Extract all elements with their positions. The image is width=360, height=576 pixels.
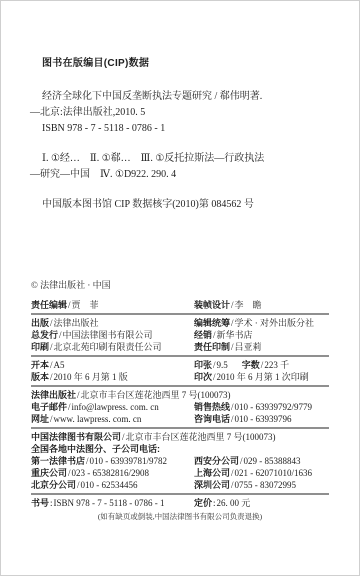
distribution-row: 总发行/中国法律图书有限公司 经销/新华书店	[31, 329, 329, 341]
designer-value: 李 瞻	[235, 300, 262, 310]
website-value: www. lawpress. com. cn	[54, 414, 142, 424]
chongqing-branch-value: 023 - 65382816/2908	[72, 468, 150, 478]
format-value: A5	[54, 360, 65, 370]
field-printer: 印刷/北京北苑印刷有限责任公司	[31, 341, 194, 353]
website-label: 网址	[31, 414, 49, 424]
shenzhen-branch-label: 深圳公司	[194, 480, 230, 490]
field-beijing-branch: 北京分公司/010 - 62534456	[31, 479, 194, 491]
price-label: 定价	[194, 498, 212, 508]
cip-block: 图书在版编目(CIP)数据 经济全球化下中国反垄断执法专题研究 / 郗伟明著. …	[30, 56, 334, 213]
field-company-address: 中国法律图书有限公司/北京市丰台区莲花池西里 7 号(100073)	[31, 431, 276, 443]
field-designer: 装帧设计/李 瞻	[194, 299, 329, 311]
email-value: info@lawpress. com. cn	[72, 402, 159, 412]
branches-heading: 全国各地中法图分、子公司电话:	[31, 443, 160, 455]
field-inquiry-phone: 咨询电话/010 - 63939796	[194, 413, 329, 425]
field-sales-hotline: 销售热线/010 - 63939792/9779	[194, 401, 329, 413]
colophon-block: © 法律出版社 · 中国 责任编辑/贾 菲 装帧设计/李 瞻 出版/法律出版社 …	[31, 279, 329, 522]
designer-label: 装帧设计	[194, 300, 230, 310]
field-xian-branch: 西安分公司/029 - 85388843	[194, 455, 329, 467]
distributor-label: 总发行	[31, 330, 58, 340]
shanghai-branch-value: 021 - 62071010/1636	[235, 468, 313, 478]
wordcount-label: 字数	[242, 360, 260, 370]
printer-label: 印刷	[31, 342, 49, 352]
staff-row: 责任编辑/贾 菲 装帧设计/李 瞻	[31, 299, 329, 311]
price-value: 26. 00 元	[217, 498, 251, 508]
cip-heading: 图书在版编目(CIP)数据	[30, 56, 334, 72]
impression-label: 印次	[194, 372, 212, 382]
book-number-label: 书号	[31, 498, 49, 508]
coordinator-value: 学术 · 对外出版分社	[235, 318, 315, 328]
cip-classification-line-1: Ⅰ. ①经… Ⅱ. ①郗… Ⅲ. ①反托拉斯法—行政执法	[30, 151, 334, 167]
field-email: 电子邮件/info@lawpress. com. cn	[31, 401, 194, 413]
print-supervisor-value: 吕亚莉	[235, 342, 262, 352]
field-sheets: 印张/9.5	[194, 360, 228, 370]
hotline-value: 010 - 63939792/9779	[235, 402, 313, 412]
chongqing-branch-label: 重庆公司	[31, 468, 67, 478]
field-format: 开本/A5	[31, 359, 194, 371]
field-shenzhen-branch: 深圳公司/0755 - 83072995	[194, 479, 329, 491]
first-law-bookstore-label: 第一法律书店	[31, 456, 85, 466]
inquiry-label: 咨询电话	[194, 414, 230, 424]
isbn-price-row: 书号:ISBN 978 - 7 - 5118 - 0786 - 1 定价:26.…	[31, 497, 329, 509]
edition-row: 版本/2010 年 6 月第 1 版 印次/2010 年 6 月第 1 次印刷	[31, 371, 329, 383]
field-first-law-bookstore: 第一法律书店/010 - 63939781/9782	[31, 455, 194, 467]
editor-value: 贾 菲	[72, 300, 99, 310]
printing-row: 印刷/北京北苑印刷有限责任公司 责任印制/吕亚莉	[31, 341, 329, 353]
sheets-value: 9.5	[217, 360, 228, 370]
book-number-value: ISBN 978 - 7 - 5118 - 0786 - 1	[54, 498, 165, 508]
seller-label: 经销	[194, 330, 212, 340]
format-row: 开本/A5 印张/9.5字数/223 千	[31, 359, 329, 371]
publisher-value: 法律出版社	[54, 318, 99, 328]
divider-4	[31, 427, 329, 429]
seller-value: 新华书店	[217, 330, 253, 340]
field-shanghai-branch: 上海公司/021 - 62071010/1636	[194, 467, 329, 479]
divider-1	[31, 313, 329, 315]
shenzhen-branch-value: 0755 - 83072995	[235, 480, 297, 490]
wordcount-value: 223 千	[264, 360, 289, 370]
xian-branch-value: 029 - 85388843	[244, 456, 301, 466]
shanghai-branch-label: 上海公司	[194, 468, 230, 478]
book-copyright-page: 图书在版编目(CIP)数据 经济全球化下中国反垄断执法专题研究 / 郗伟明著. …	[0, 0, 360, 576]
field-price: 定价:26. 00 元	[194, 497, 329, 509]
publish-row: 出版/法律出版社 编辑统筹/学术 · 对外出版分社	[31, 317, 329, 329]
field-book-number: 书号:ISBN 978 - 7 - 5118 - 0786 - 1	[31, 497, 194, 509]
press-address-row: 法律出版社/北京市丰台区莲花池西里 7 号(100073)	[31, 389, 329, 401]
first-law-bookstore-value: 010 - 63939781/9782	[90, 456, 168, 466]
sheets-label: 印张	[194, 360, 212, 370]
distributor-value: 中国法律图书有限公司	[63, 330, 153, 340]
edition-value: 2010 年 6 月第 1 版	[54, 372, 128, 382]
format-label: 开本	[31, 360, 49, 370]
company-address-row: 中国法律图书有限公司/北京市丰台区莲花池西里 7 号(100073)	[31, 431, 329, 443]
branch-row-1: 第一法律书店/010 - 63939781/9782 西安分公司/029 - 8…	[31, 455, 329, 467]
divider-5	[31, 493, 329, 495]
divider-3	[31, 385, 329, 387]
beijing-branch-value: 010 - 62534456	[81, 480, 138, 490]
field-seller: 经销/新华书店	[194, 329, 329, 341]
branch-row-3: 北京分公司/010 - 62534456 深圳公司/0755 - 8307299…	[31, 479, 329, 491]
field-website: 网址/www. lawpress. com. cn	[31, 413, 194, 425]
copyright-line: © 法律出版社 · 中国	[31, 279, 329, 291]
website-row: 网址/www. lawpress. com. cn 咨询电话/010 - 639…	[31, 413, 329, 425]
xian-branch-label: 西安分公司	[194, 456, 239, 466]
beijing-branch-label: 北京分公司	[31, 480, 76, 490]
field-coordinator: 编辑统筹/学术 · 对外出版分社	[194, 317, 329, 329]
hotline-label: 销售热线	[194, 402, 230, 412]
field-wordcount: 字数/223 千	[242, 360, 289, 370]
field-press-address: 法律出版社/北京市丰台区莲花池西里 7 号(100073)	[31, 389, 231, 401]
field-publisher: 出版/法律出版社	[31, 317, 194, 329]
divider-2	[31, 355, 329, 357]
field-editor: 责任编辑/贾 菲	[31, 299, 194, 311]
publisher-label: 出版	[31, 318, 49, 328]
field-distributor: 总发行/中国法律图书有限公司	[31, 329, 194, 341]
cip-record-number-line: 中国版本图书馆 CIP 数据核字(2010)第 084562 号	[30, 197, 334, 213]
cip-title-line: 经济全球化下中国反垄断执法专题研究 / 郗伟明著.	[30, 89, 334, 105]
field-sheets-words: 印张/9.5字数/223 千	[194, 359, 329, 371]
cip-classification-line-2: —研究—中国 Ⅳ. ①D922. 290. 4	[30, 167, 334, 183]
printer-value: 北京北苑印刷有限责任公司	[54, 342, 162, 352]
field-print-supervisor: 责任印制/吕亚莉	[194, 341, 329, 353]
inquiry-value: 010 - 63939796	[235, 414, 292, 424]
press-address-value: 北京市丰台区莲花池西里 7 号(100073)	[81, 390, 231, 400]
company-address-value: 北京市丰台区莲花池西里 7 号(100073)	[126, 432, 276, 442]
field-chongqing-branch: 重庆公司/023 - 65382816/2908	[31, 467, 194, 479]
coordinator-label: 编辑统筹	[194, 318, 230, 328]
cip-imprint-line: —北京:法律出版社,2010. 5	[30, 105, 334, 121]
field-edition: 版本/2010 年 6 月第 1 版	[31, 371, 194, 383]
editor-label: 责任编辑	[31, 300, 67, 310]
email-label: 电子邮件	[31, 402, 67, 412]
impression-value: 2010 年 6 月第 1 次印刷	[217, 372, 309, 382]
edition-label: 版本	[31, 372, 49, 382]
cip-isbn-line: ISBN 978 - 7 - 5118 - 0786 - 1	[30, 121, 334, 137]
branches-heading-row: 全国各地中法图分、子公司电话:	[31, 443, 329, 455]
branch-row-2: 重庆公司/023 - 65382816/2908 上海公司/021 - 6207…	[31, 467, 329, 479]
company-label: 中国法律图书有限公司	[31, 432, 121, 442]
replacement-note: (如有缺页或倒装,中国法律图书有限公司负责退换)	[31, 511, 329, 522]
email-row: 电子邮件/info@lawpress. com. cn 销售热线/010 - 6…	[31, 401, 329, 413]
field-impression: 印次/2010 年 6 月第 1 次印刷	[194, 371, 329, 383]
press-label: 法律出版社	[31, 390, 76, 400]
print-supervisor-label: 责任印制	[194, 342, 230, 352]
